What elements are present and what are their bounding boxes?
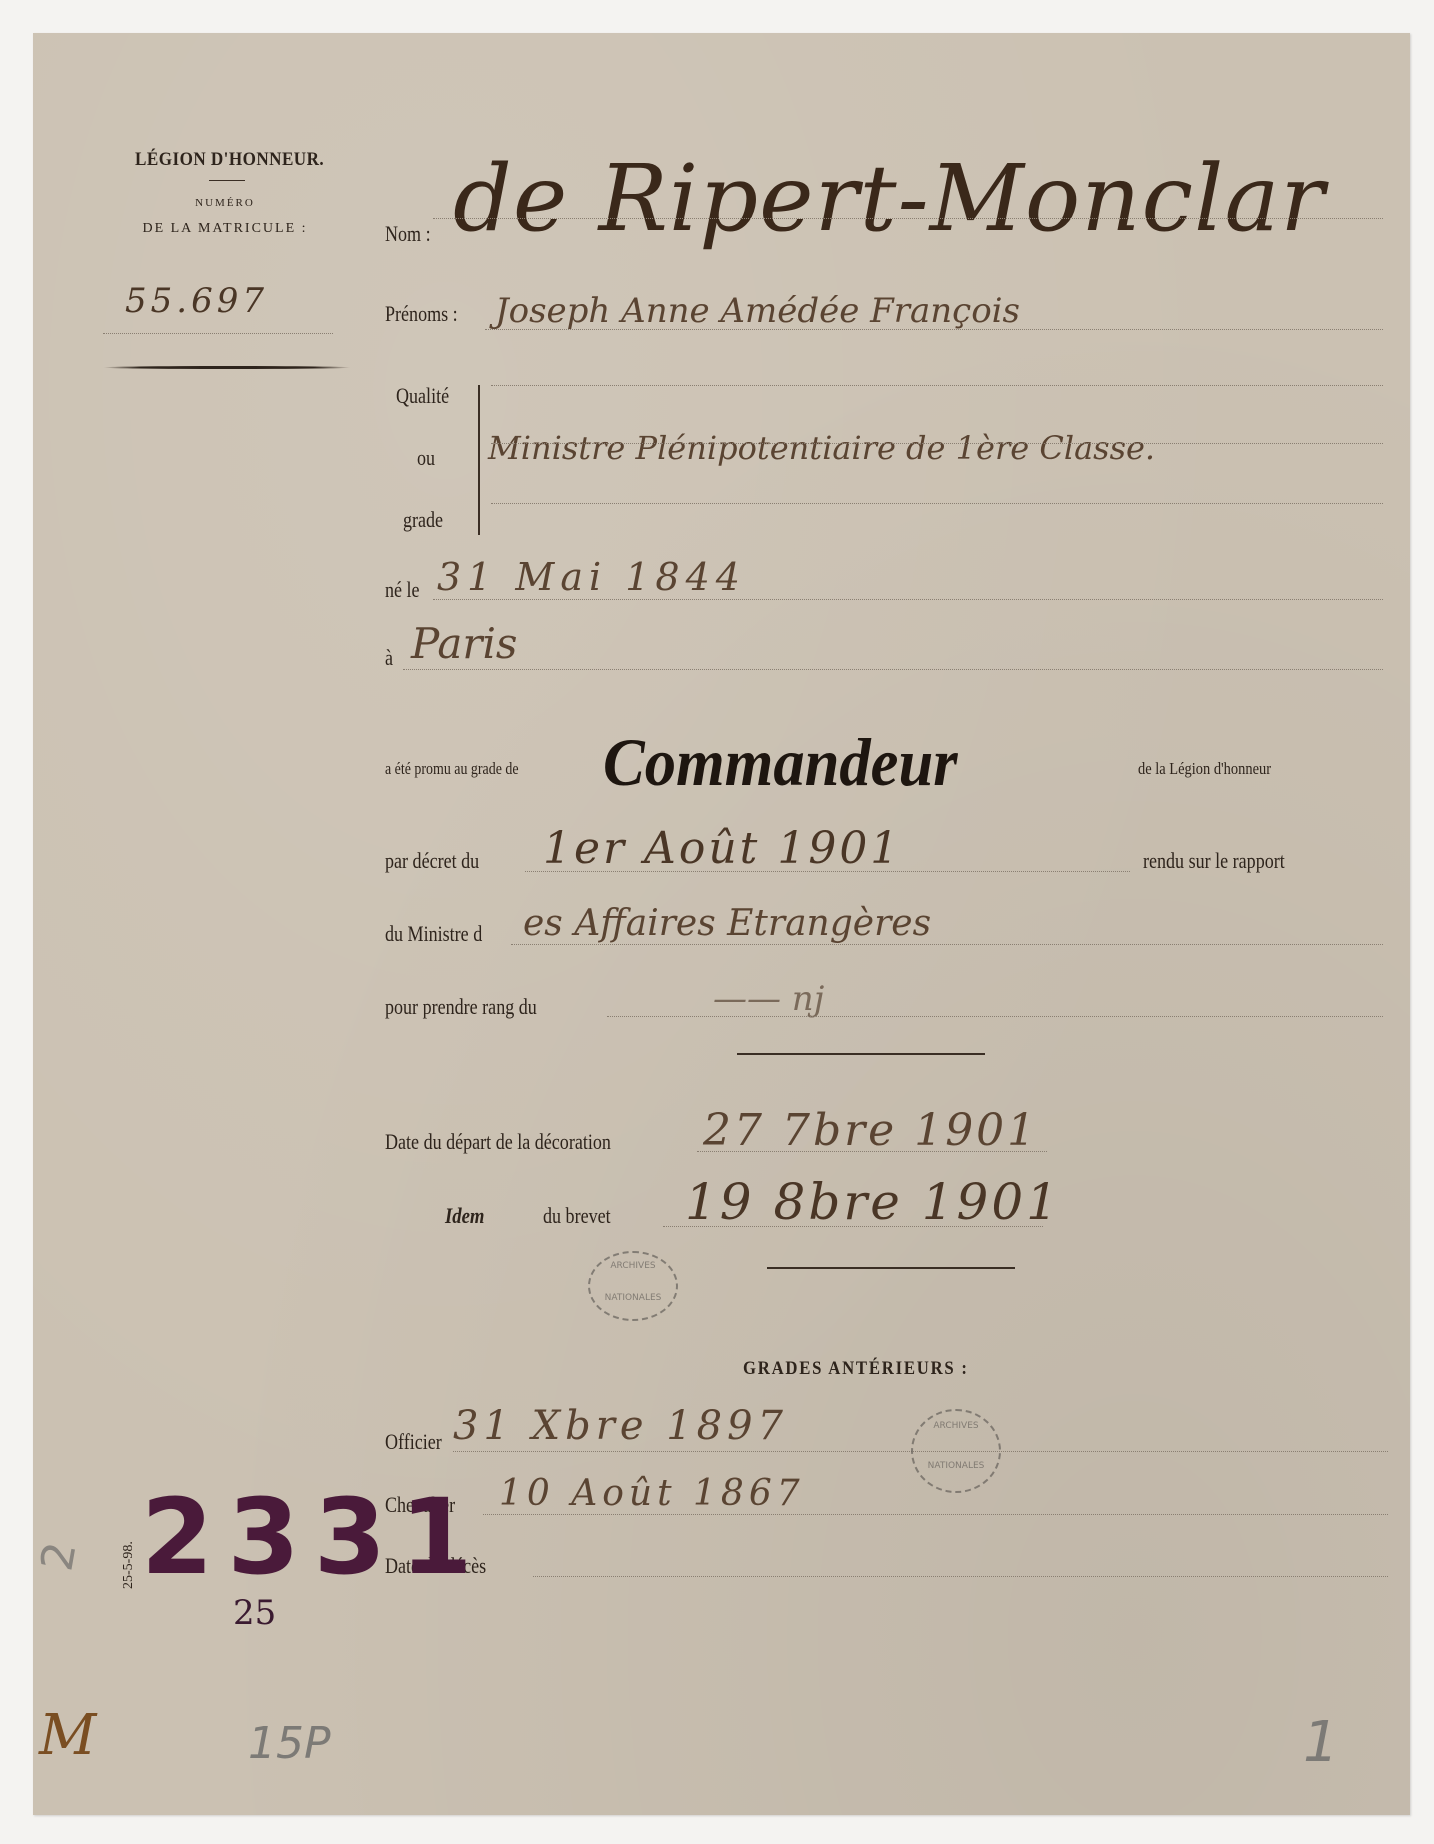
ministre-line: [511, 944, 1383, 945]
qualite-line-3: [491, 503, 1383, 504]
pencil-code: 15P: [248, 1718, 331, 1769]
initials-mark: M: [39, 1703, 96, 1768]
header-divider: [209, 180, 245, 181]
qualite-label: Qualité: [396, 383, 449, 409]
rang-line: [607, 1016, 1383, 1017]
rang-label: pour prendre rang du: [385, 994, 537, 1020]
matricule-line: [103, 333, 333, 334]
depart-line: [697, 1151, 1047, 1152]
ne-le-line: [433, 599, 1383, 600]
margin-mark: 2: [31, 1538, 86, 1574]
matricule-swash-rule: [103, 366, 351, 369]
qualite-line-2: [491, 443, 1383, 444]
promotion-prefix: a été promu au grade de: [385, 759, 519, 779]
officier-label: Officier: [385, 1429, 442, 1455]
number-stamp: 2331: [141, 1485, 486, 1589]
ne-le-value: 31 Mai 1844: [437, 555, 746, 599]
depart-label: Date du départ de la décoration: [385, 1129, 611, 1155]
matricule-label: DE LA MATRICULE :: [125, 221, 325, 237]
a-label: à: [385, 645, 393, 671]
a-line: [403, 669, 1383, 670]
numero-label: NUMÉRO: [125, 197, 325, 209]
number-stamp-note: 25: [233, 1593, 276, 1633]
archives-stamp-1: ARCHIVES NATIONALES: [588, 1251, 678, 1321]
decret-value: 1er Août 1901: [543, 823, 901, 874]
promotion-suffix: de la Légion d'honneur: [1138, 759, 1271, 779]
decret-label: par décret du: [385, 848, 479, 874]
a-value: Paris: [411, 619, 517, 668]
section-rule-2: [767, 1267, 1015, 1269]
promotion-grade: Commandeur: [603, 723, 958, 802]
header-title: LÉGION D'HONNEUR.: [135, 149, 315, 171]
decret-line: [525, 871, 1130, 872]
ou-label: ou: [417, 445, 435, 471]
rapport-label: rendu sur le rapport: [1143, 848, 1285, 874]
brevet-line: [663, 1226, 1043, 1227]
deces-line: [533, 1576, 1388, 1577]
qualite-brace: [478, 385, 480, 535]
ministre-label: du Ministre d: [385, 921, 482, 947]
document-page: LÉGION D'HONNEUR. NUMÉRO DE LA MATRICULE…: [33, 33, 1410, 1815]
nom-label: Nom :: [385, 221, 431, 247]
number-stamp-date: 25-5-98.: [121, 1541, 137, 1589]
qualite-line-1: [491, 385, 1383, 386]
archives-stamp-2: ARCHIVES NATIONALES: [911, 1409, 1001, 1493]
prenoms-value: Joseph Anne Amédée François: [495, 291, 1020, 331]
grade-label: grade: [403, 507, 443, 533]
idem-label: Idem: [445, 1203, 484, 1229]
page-number: 1: [1303, 1710, 1339, 1775]
prenoms-label: Prénoms :: [385, 301, 458, 327]
grades-anterieurs-title: GRADES ANTÉRIEURS :: [743, 1358, 969, 1380]
qualite-value: Ministre Plénipotentiaire de 1ère Classe…: [488, 429, 1155, 467]
prenoms-line: [485, 329, 1383, 330]
chevalier-line: [483, 1514, 1388, 1515]
matricule-value: 55.697: [125, 281, 268, 321]
brevet-label: du brevet: [543, 1203, 611, 1229]
ministre-value: es Affaires Etrangères: [523, 903, 931, 944]
nom-line: [433, 218, 1383, 219]
rang-value: —— nj: [713, 979, 824, 1019]
ne-le-label: né le: [385, 577, 420, 603]
depart-value: 27 7bre 1901: [703, 1105, 1038, 1156]
officier-value: 31 Xbre 1897: [453, 1403, 788, 1449]
nom-value: de Ripert-Monclar: [453, 145, 1325, 252]
brevet-value: 19 8bre 1901: [685, 1173, 1061, 1231]
chevalier-value: 10 Août 1867: [499, 1473, 805, 1514]
section-rule-1: [737, 1053, 985, 1055]
